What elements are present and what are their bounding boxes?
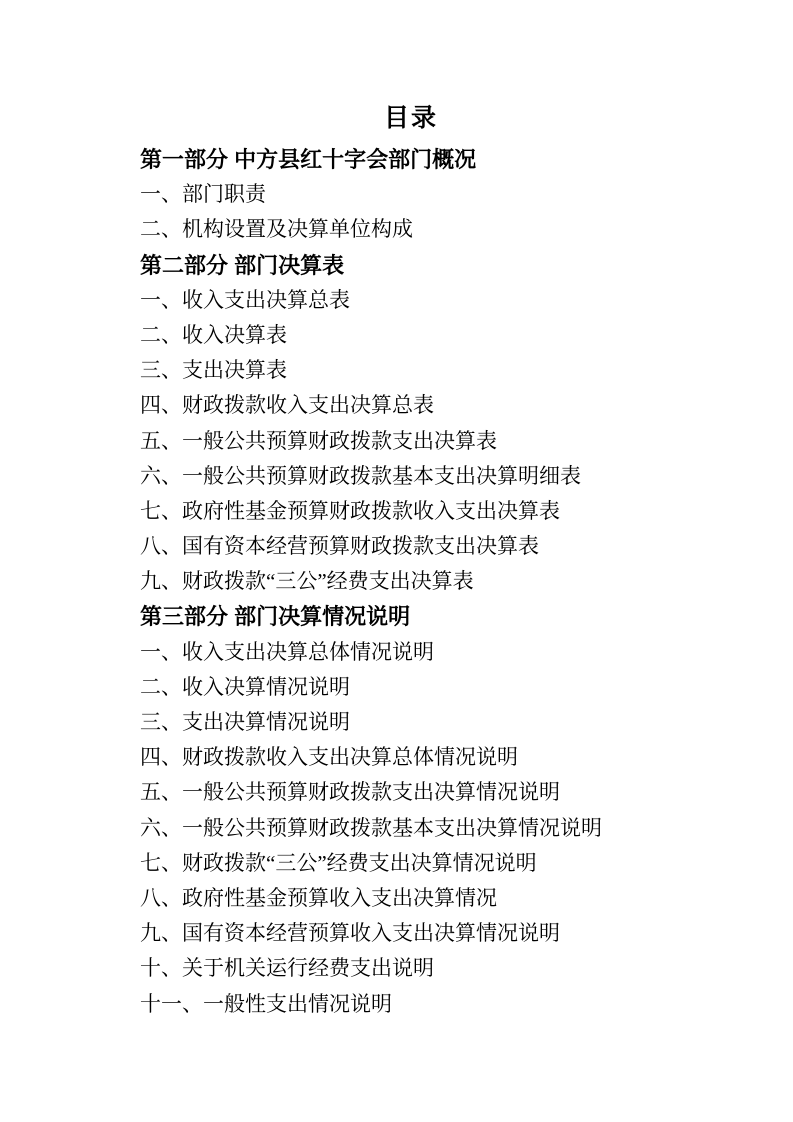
document-page: 目录 第一部分 中方县红十字会部门概况 一、部门职责 二、机构设置及决算单位构成… bbox=[0, 0, 793, 1122]
toc-item: 七、财政拨款“三公”经费支出决算情况说明 bbox=[140, 846, 682, 881]
toc-item: 八、国有资本经营预算财政拨款支出决算表 bbox=[140, 529, 682, 564]
toc-item: 三、支出决算情况说明 bbox=[140, 705, 682, 740]
toc-item: 七、政府性基金预算财政拨款收入支出决算表 bbox=[140, 494, 682, 529]
toc-item: 四、财政拨款收入支出决算总表 bbox=[140, 388, 682, 423]
table-of-contents: 目录 第一部分 中方县红十字会部门概况 一、部门职责 二、机构设置及决算单位构成… bbox=[140, 103, 682, 1022]
toc-item: 五、一般公共预算财政拨款支出决算表 bbox=[140, 424, 682, 459]
toc-item: 四、财政拨款收入支出决算总体情况说明 bbox=[140, 740, 682, 775]
toc-item: 二、收入决算表 bbox=[140, 318, 682, 353]
toc-item: 十、关于机关运行经费支出说明 bbox=[140, 951, 682, 986]
toc-item: 八、政府性基金预算收入支出决算情况 bbox=[140, 881, 682, 916]
toc-item: 五、一般公共预算财政拨款支出决算情况说明 bbox=[140, 775, 682, 810]
toc-item: 一、收入支出决算总体情况说明 bbox=[140, 635, 682, 670]
toc-item: 九、财政拨款“三公”经费支出决算表 bbox=[140, 564, 682, 599]
toc-item: 六、一般公共预算财政拨款基本支出决算情况说明 bbox=[140, 811, 682, 846]
toc-item: 二、机构设置及决算单位构成 bbox=[140, 212, 682, 247]
toc-item: 二、收入决算情况说明 bbox=[140, 670, 682, 705]
toc-item: 一、部门职责 bbox=[140, 177, 682, 212]
part2-heading: 第二部分 部门决算表 bbox=[140, 248, 682, 283]
toc-item: 三、支出决算表 bbox=[140, 353, 682, 388]
part1-heading: 第一部分 中方县红十字会部门概况 bbox=[140, 142, 682, 177]
toc-item: 九、国有资本经营预算收入支出决算情况说明 bbox=[140, 916, 682, 951]
toc-item: 十一、一般性支出情况说明 bbox=[140, 987, 682, 1022]
page-title: 目录 bbox=[140, 103, 682, 142]
part3-heading: 第三部分 部门决算情况说明 bbox=[140, 599, 682, 634]
toc-item: 六、一般公共预算财政拨款基本支出决算明细表 bbox=[140, 459, 682, 494]
toc-item: 一、收入支出决算总表 bbox=[140, 283, 682, 318]
